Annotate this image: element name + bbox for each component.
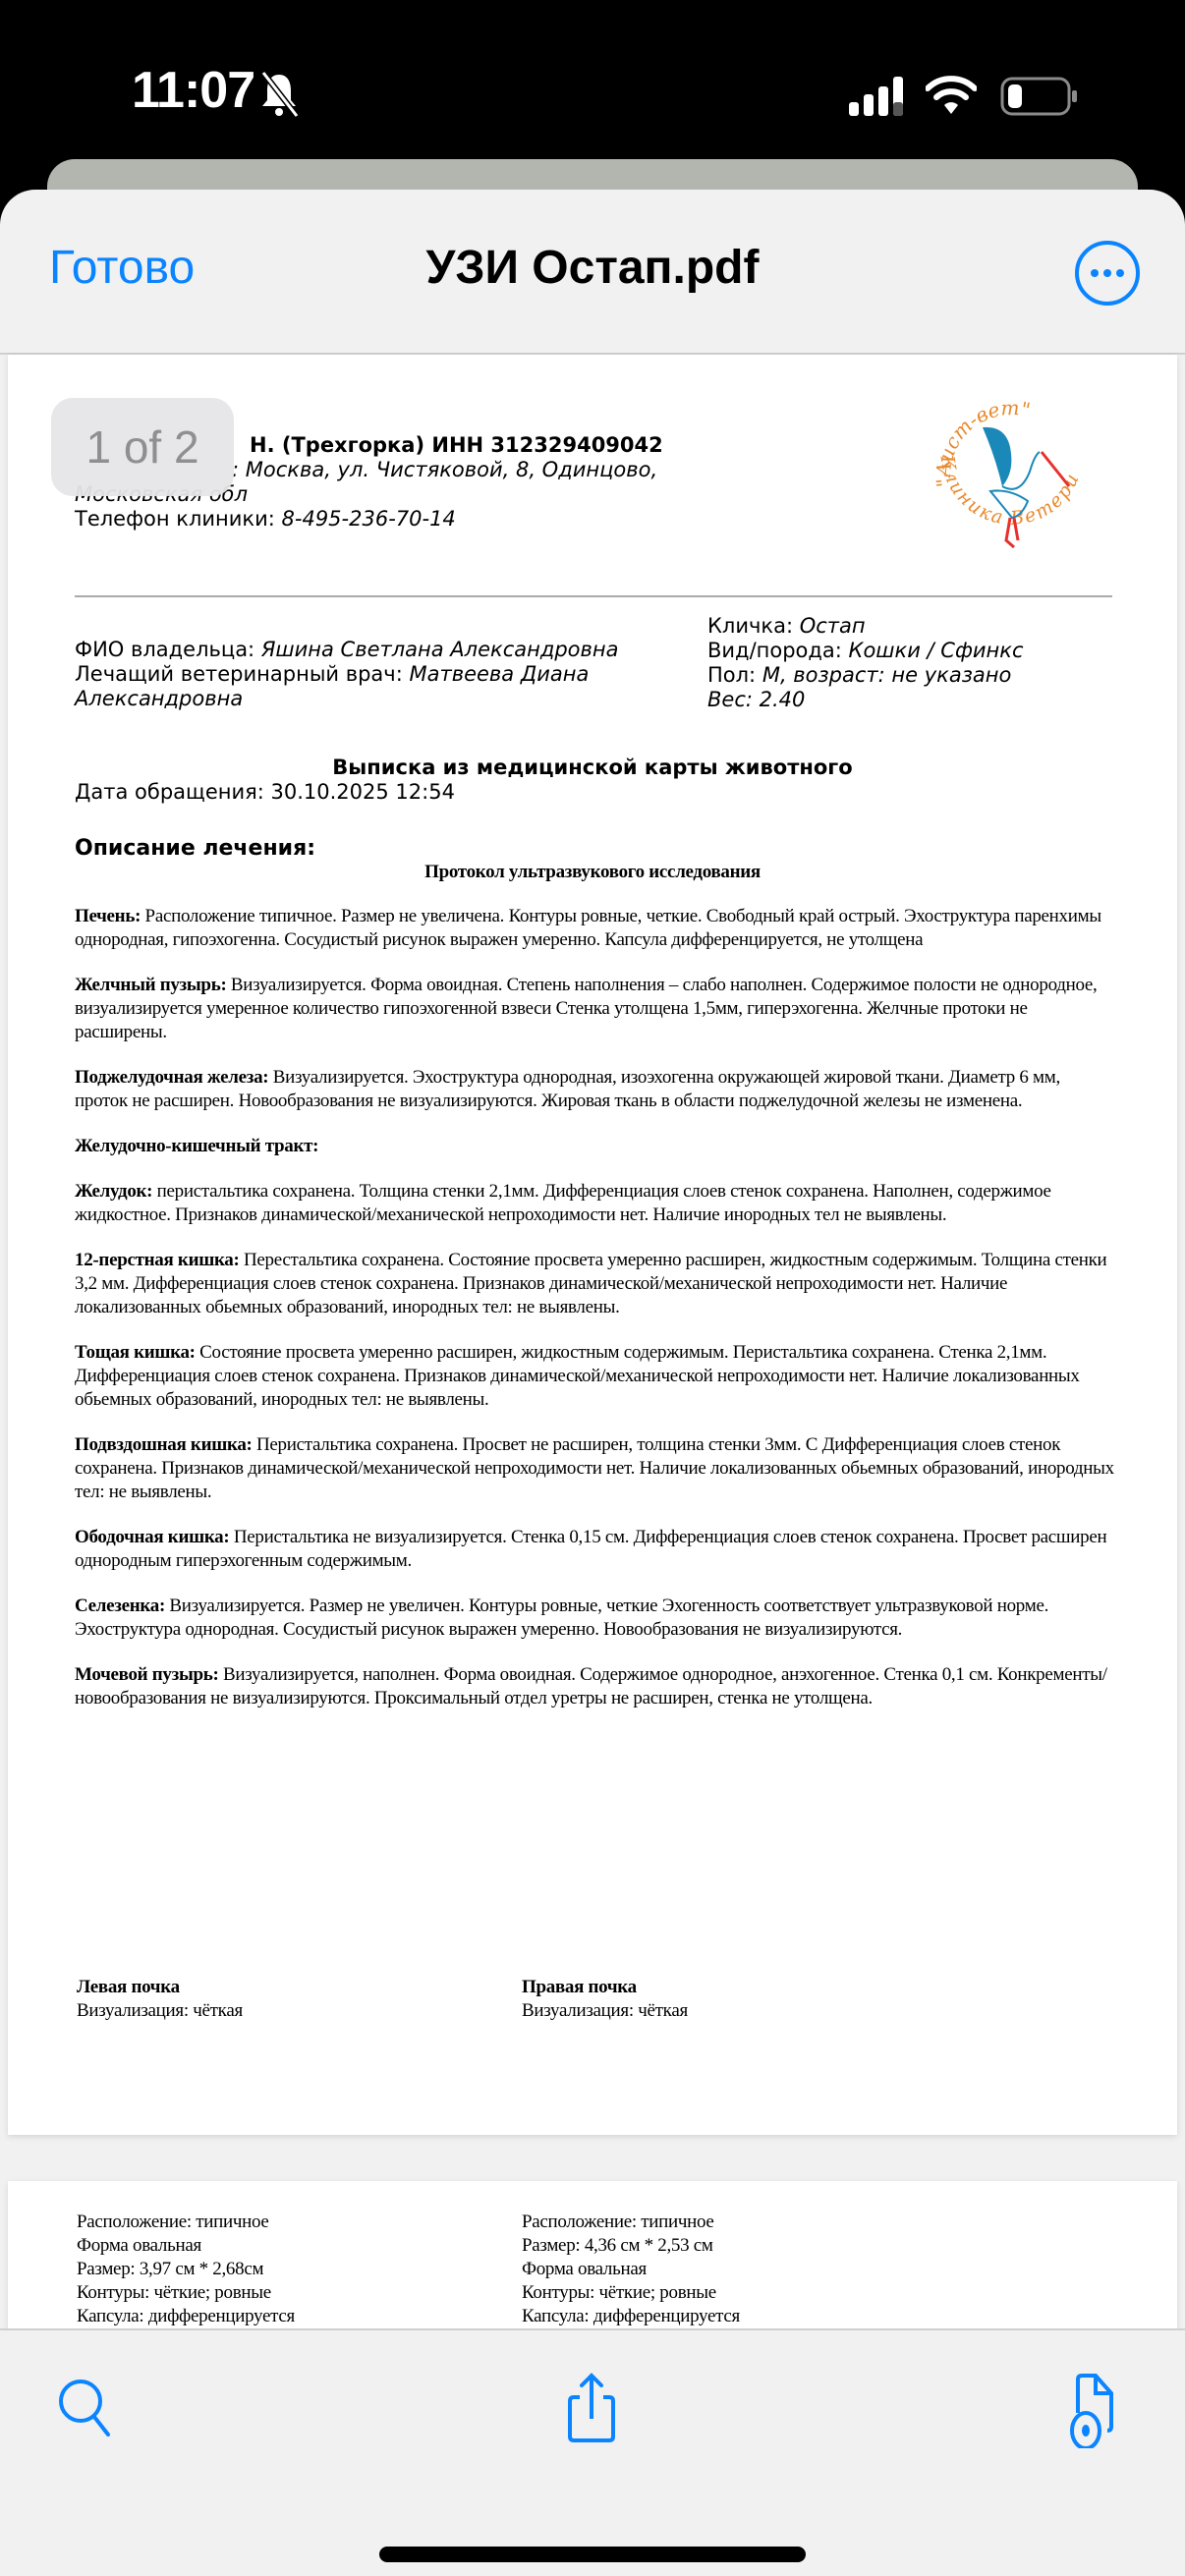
clinic-address: : Москва, ул. Чистяковой, 8, Одинцово, [232,458,657,481]
ultrasound-sections: Печень: Расположение типичное. Размер не… [75,905,1116,1732]
kidney-line: Размер: 4,36 см * 2,53 см [522,2234,967,2258]
bell-slash-icon [257,69,301,118]
protocol-section: Желудочно-кишечный тракт: [75,1135,1116,1158]
section-text: Расположение типичное. Размер не увеличе… [75,906,1101,950]
section-text: Перистальтика не визуализируется. Стенка… [75,1527,1106,1571]
section-title: Селезенка: [75,1596,165,1616]
left-kidney: Левая почка Визуализация: чёткая [77,1976,522,2023]
protocol-section: Поджелудочная железа: Визуализируется. Э… [75,1066,1116,1113]
wifi-icon [926,75,977,116]
treatment-label: Описание лечения: [75,836,315,861]
vet-label: Лечащий ветеринарный врач: [75,662,409,686]
magnifying-glass-icon [49,2370,128,2448]
clinic-phone: 8-495-236-70-14 [282,507,456,531]
pdf-page-1[interactable]: Н. (Трехгорка) ИНН 312329409042 : Москва… [8,355,1177,2135]
protocol-section: Ободочная кишка: Перистальтика не визуал… [75,1526,1116,1573]
kidney-line: Визуализация: чёткая [522,1999,967,2023]
weight-label: Вес: [707,688,760,711]
section-text: Состояние просвета умеренно расширен, жи… [75,1342,1080,1410]
status-time: 11:07 [132,61,254,120]
left-kidney-title: Левая почка [77,1976,522,1999]
owner-info: ФИО владельца: Яшина Светлана Александро… [75,638,684,711]
section-text: Визуализируется. Размер не увеличен. Кон… [75,1596,1048,1640]
kidneys-page1: Левая почка Визуализация: чёткая Правая … [77,1976,1059,2023]
kidney-line: Расположение: типичное [77,2211,522,2234]
battery-icon [1000,77,1079,116]
share-button[interactable] [552,2370,631,2448]
right-kidney: Правая почка Визуализация: чёткая [522,1976,967,2023]
protocol-section: Тощая кишка: Состояние просвета умеренно… [75,1341,1116,1412]
clinic-stork-logo: "Аист-вет" Клиника Ветеринарная [912,378,1108,575]
home-indicator [379,2547,806,2562]
section-title: 12-перстная кишка: [75,1250,240,1270]
protocol-section: Печень: Расположение типичное. Размер не… [75,905,1116,952]
pet-name-label: Кличка: [707,614,800,638]
section-title: Поджелудочная железа: [75,1067,268,1088]
visit-date-label: Дата обращения: [75,780,271,804]
ellipsis-circle-icon[interactable] [1075,241,1140,306]
owner-name: Яшина Светлана Александровна [261,638,619,661]
kidney-line: Форма овальная [522,2258,967,2281]
section-title: Желчный пузырь: [75,975,226,995]
section-text: перистальтика сохранена. Толщина стенки … [75,1181,1051,1225]
section-text: Визуализируется, наполнен. Форма овоидна… [75,1664,1107,1708]
cellular-signal-icon [849,77,906,116]
left-kidney-lines: Визуализация: чёткая [77,1999,522,2023]
age-label: , возраст: [780,663,891,687]
pet-breed: Кошки / Сфинкс [849,639,1024,662]
kidney-line: Контуры: чёткие; ровные [522,2281,967,2305]
section-text: Визуализируется. Форма овоидная. Степень… [75,975,1097,1042]
pdf-viewer-sheet: Готово УЗИ Остап.pdf Н. (Трехгорка) ИНН … [0,190,1185,2576]
owner-label: ФИО владельца: [75,638,261,661]
protocol-title: Протокол ультразвукового исследования [8,861,1177,884]
share-icon [552,2370,631,2448]
status-bar: 11:07 [0,0,1185,157]
section-title: Печень: [75,906,141,926]
visit-date: Дата обращения: 30.10.2025 12:54 [75,780,455,805]
kidney-line: Капсула: дифференцируется [77,2305,522,2328]
pet-weight: 2.40 [760,688,806,711]
sex-label: Пол: [707,663,762,687]
document-title: УЗИ Остап.pdf [0,241,1185,295]
section-title: Тощая кишка: [75,1342,196,1363]
reader-button[interactable] [1046,2370,1125,2448]
section-title: Подвздошная кишка: [75,1434,253,1455]
section-title: Желудочно-кишечный тракт: [75,1136,318,1156]
kidney-line: Расположение: типичное [522,2211,967,2234]
section-title: Ободочная кишка: [75,1527,229,1547]
kidney-line: Визуализация: чёткая [77,1999,522,2023]
kidney-line: Контуры: чёткие; ровные [77,2281,522,2305]
section-title: Мочевой пузырь: [75,1664,219,1685]
page-indicator: 1 of 2 [51,398,234,496]
kidney-line: Размер: 3,97 см * 2,68см [77,2258,522,2281]
visit-date-value: 30.10.2025 12:54 [271,780,455,804]
header-divider [75,595,1112,597]
pet-info: Кличка: Остап Вид/порода: Кошки / Сфинкс… [707,614,1120,712]
protocol-section: Селезенка: Визуализируется. Размер не ув… [75,1595,1116,1642]
search-button[interactable] [49,2370,128,2448]
breed-label: Вид/порода: [707,639,849,662]
protocol-section: Подвздошная кишка: Перистальтика сохране… [75,1433,1116,1504]
kidney-line: Форма овальная [77,2234,522,2258]
protocol-section: Желчный пузырь: Визуализируется. Форма о… [75,974,1116,1044]
protocol-section: 12-перстная кишка: Перестальтика сохране… [75,1249,1116,1319]
pet-name: Остап [800,614,866,638]
protocol-section: Желудок: перистальтика сохранена. Толщин… [75,1180,1116,1227]
bottom-toolbar [0,2328,1185,2576]
protocol-section: Мочевой пузырь: Визуализируется, наполне… [75,1663,1116,1710]
doc-eye-icon [1046,2370,1125,2448]
section-title: Желудок: [75,1181,152,1202]
phone-label: Телефон клиники: [75,507,282,531]
nav-bar: Готово УЗИ Остап.pdf [0,190,1185,353]
document-heading: Выписка из медицинской карты животного [8,756,1177,780]
right-kidney-lines: Визуализация: чёткая [522,1999,967,2023]
pet-age: не указано [891,663,1011,687]
right-kidney-title: Правая почка [522,1976,967,1999]
pet-sex: М [762,663,780,687]
kidney-line: Капсула: дифференцируется [522,2305,967,2328]
